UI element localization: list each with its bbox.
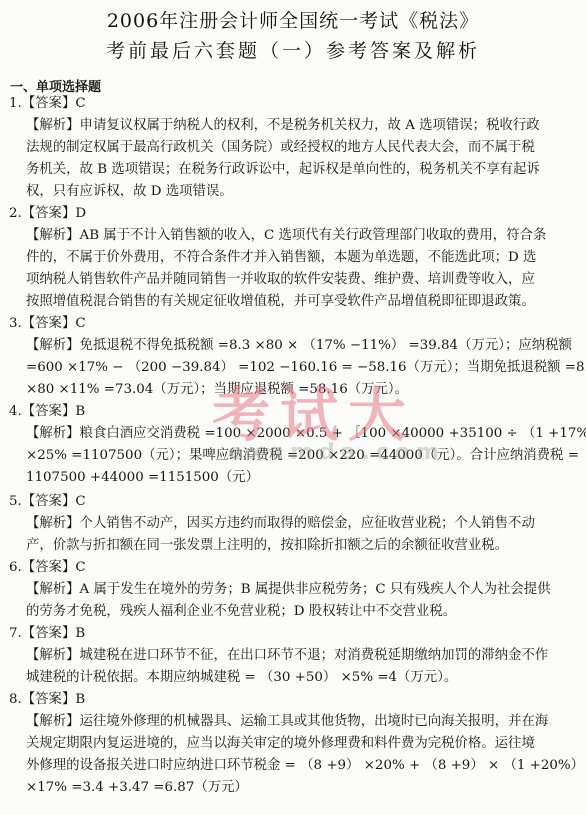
analysis-2-line-3: 项纳税人销售软件产品并随同销售一并收取的软件安装费、维护费、培训费等收入，应 — [26, 270, 535, 290]
document-subtitle: 考前最后六套题（一）参考答案及解析 — [0, 36, 586, 63]
answer-8: 8.【答案】B — [9, 690, 85, 710]
answer-4: 4.【答案】B — [9, 402, 85, 422]
analysis-7-line-1: 【解析】城建税在进口环节不征，在出口环节不退；对消费税延期缴纳加罚的滞纳金不作 — [26, 646, 548, 666]
analysis-2-line-1: 【解析】AB 属于不计入销售额的收入，C 选项代有关行政管理部门收取的费用，符合… — [26, 226, 546, 246]
analysis-2-line-4: 按照增值税混合销售的有关规定征收增值税，并可享受软件产品增值税即征即退政策。 — [26, 292, 535, 312]
analysis-5-line-2: 产，价款与折扣额在同一张发票上注明的，按扣除折扣额之后的余额征收营业税。 — [26, 536, 508, 556]
analysis-8-line-3: 外修理的设备报关进口时应纳进口环节税金 = （8 +9） ×20% + （8 +… — [26, 756, 584, 776]
analysis-6-line-2: 的劳务才免税，残疾人福利企业不免营业税；D 股权转让中不交营业税。 — [26, 602, 456, 622]
document-title: 2006年注册会计师全国统一考试《税法》 — [0, 6, 586, 33]
answer-5: 5.【答案】C — [9, 492, 86, 512]
analysis-8-line-2: 关规定期限内复运进境的，应当以海关审定的境外修理费和料件费为完税价格。运往境 — [26, 734, 535, 754]
analysis-1-line-3: 务机关，故 B 选项错误；在税务行政诉讼中，起诉权是单向性的，税务机关不享有起诉 — [26, 160, 540, 180]
answer-2: 2.【答案】D — [9, 204, 86, 224]
document-page: 2006年注册会计师全国统一考试《税法》 考前最后六套题（一）参考答案及解析 一… — [0, 0, 586, 815]
analysis-1-line-2: 法规的制定权属于最高行政机关（国务院）或经授权的地方人民代表大会，而不属于税 — [26, 138, 535, 158]
analysis-5-line-1: 【解析】个人销售不动产，因买方违约而取得的赔偿金，应征收营业税；个人销售不动 — [26, 514, 535, 534]
answer-7: 7.【答案】B — [9, 624, 85, 644]
analysis-1-line-4: 权，只有应诉权，故 D 选项错误。 — [26, 182, 233, 202]
analysis-3-line-1: 【解析】免抵退税不得免抵税额 =8.3 ×80 × （17% −11%） =39… — [26, 336, 572, 356]
analysis-3-line-3: ×80 ×11% =73.04（万元）；当期应退税额 =58.16（万元）。 — [26, 380, 408, 400]
analysis-6-line-1: 【解析】A 属于发生在境外的劳务；B 属提供非应税劳务；C 只有残疾人个人为社会… — [26, 580, 551, 600]
analysis-4-line-3: 1107500 +44000 =1151500（元） — [26, 468, 259, 488]
analysis-7-line-2: 城建税的计税依据。本期应纳城建税 = （30 +50） ×5% =4（万元）。 — [26, 668, 457, 688]
analysis-4-line-2: ×25% =1107500（元）；果啤应纳消费税 =200 ×220 =4400… — [26, 446, 579, 466]
analysis-8-line-4: ×17% =3.4 +3.47 =6.87（万元） — [26, 778, 248, 798]
section-heading: 一、单项选择题 — [10, 76, 101, 95]
analysis-4-line-1: 【解析】粮食白酒应交消费税 =100 ×2000 ×0.5 + ［100 ×40… — [26, 424, 586, 444]
analysis-8-line-1: 【解析】运往境外修理的机械器具、运输工具或其他货物，出境时已向海关报明，并在海 — [26, 712, 548, 732]
analysis-2-line-2: 件的，不属于价外费用，不符合条件才并入销售额，本题为单选题，不能选此项；D 选 — [26, 248, 536, 268]
answer-3: 3.【答案】C — [9, 314, 86, 334]
analysis-3-line-2: =600 ×17% − （200 −39.84） =102 −160.16 = … — [26, 358, 586, 378]
analysis-1-line-1: 【解析】申请复议权属于纳税人的权利，不是税务机关权力，故 A 选项错误；税收行政 — [26, 116, 540, 136]
answer-1: 1.【答案】C — [9, 94, 86, 114]
answer-6: 6.【答案】C — [9, 558, 86, 578]
